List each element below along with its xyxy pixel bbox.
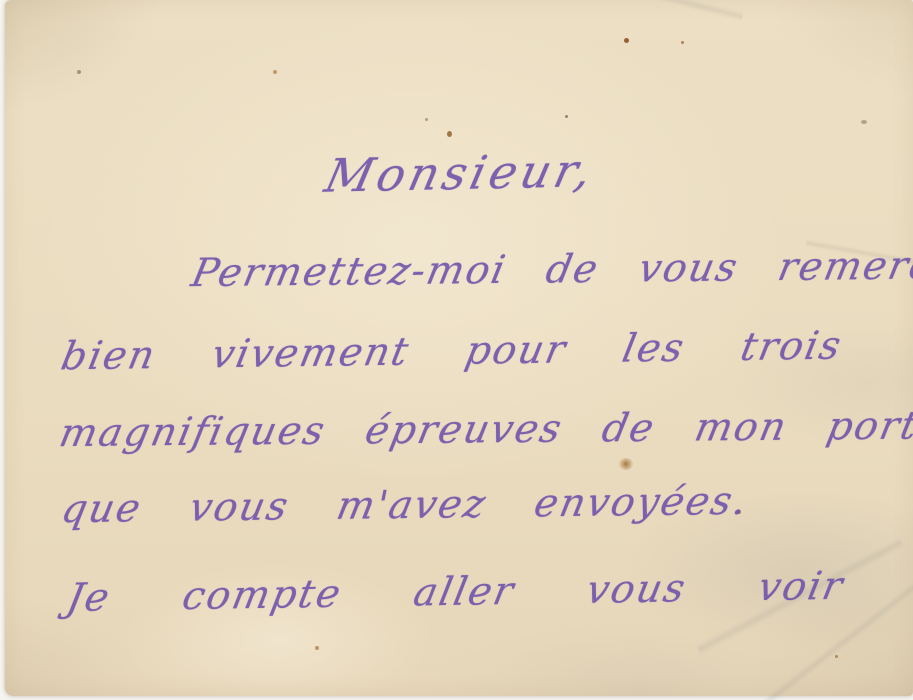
foxing-spot: [315, 646, 319, 650]
handwritten-line-4: que vous m'avez envoyées.: [58, 482, 751, 529]
paper-crease: [566, 0, 743, 22]
foxing-spot: [835, 655, 838, 658]
foxing-spot: [624, 38, 629, 43]
handwritten-line-3: magnifiques épreuves de mon portrait: [56, 406, 913, 453]
handwritten-line-1: Permettez-moi de vous remercier: [188, 246, 913, 293]
handwritten-line-5: Je compte aller vous voir et: [64, 565, 913, 618]
foxing-spot: [425, 118, 428, 121]
foxing-spot: [77, 70, 81, 74]
foxing-spot: [447, 131, 452, 137]
handwritten-line-2: bien vivement pour les trois: [58, 327, 846, 377]
letter-card: Monsieur, Permettez-moi de vous remercie…: [5, 0, 913, 696]
scanned-letter: Monsieur, Permettez-moi de vous remercie…: [0, 0, 913, 700]
foxing-spot: [619, 458, 633, 470]
salutation-line: Monsieur,: [321, 147, 600, 199]
foxing-spot: [861, 120, 867, 124]
foxing-spot: [273, 70, 277, 74]
foxing-spot: [565, 115, 568, 118]
foxing-spot: [681, 41, 684, 44]
